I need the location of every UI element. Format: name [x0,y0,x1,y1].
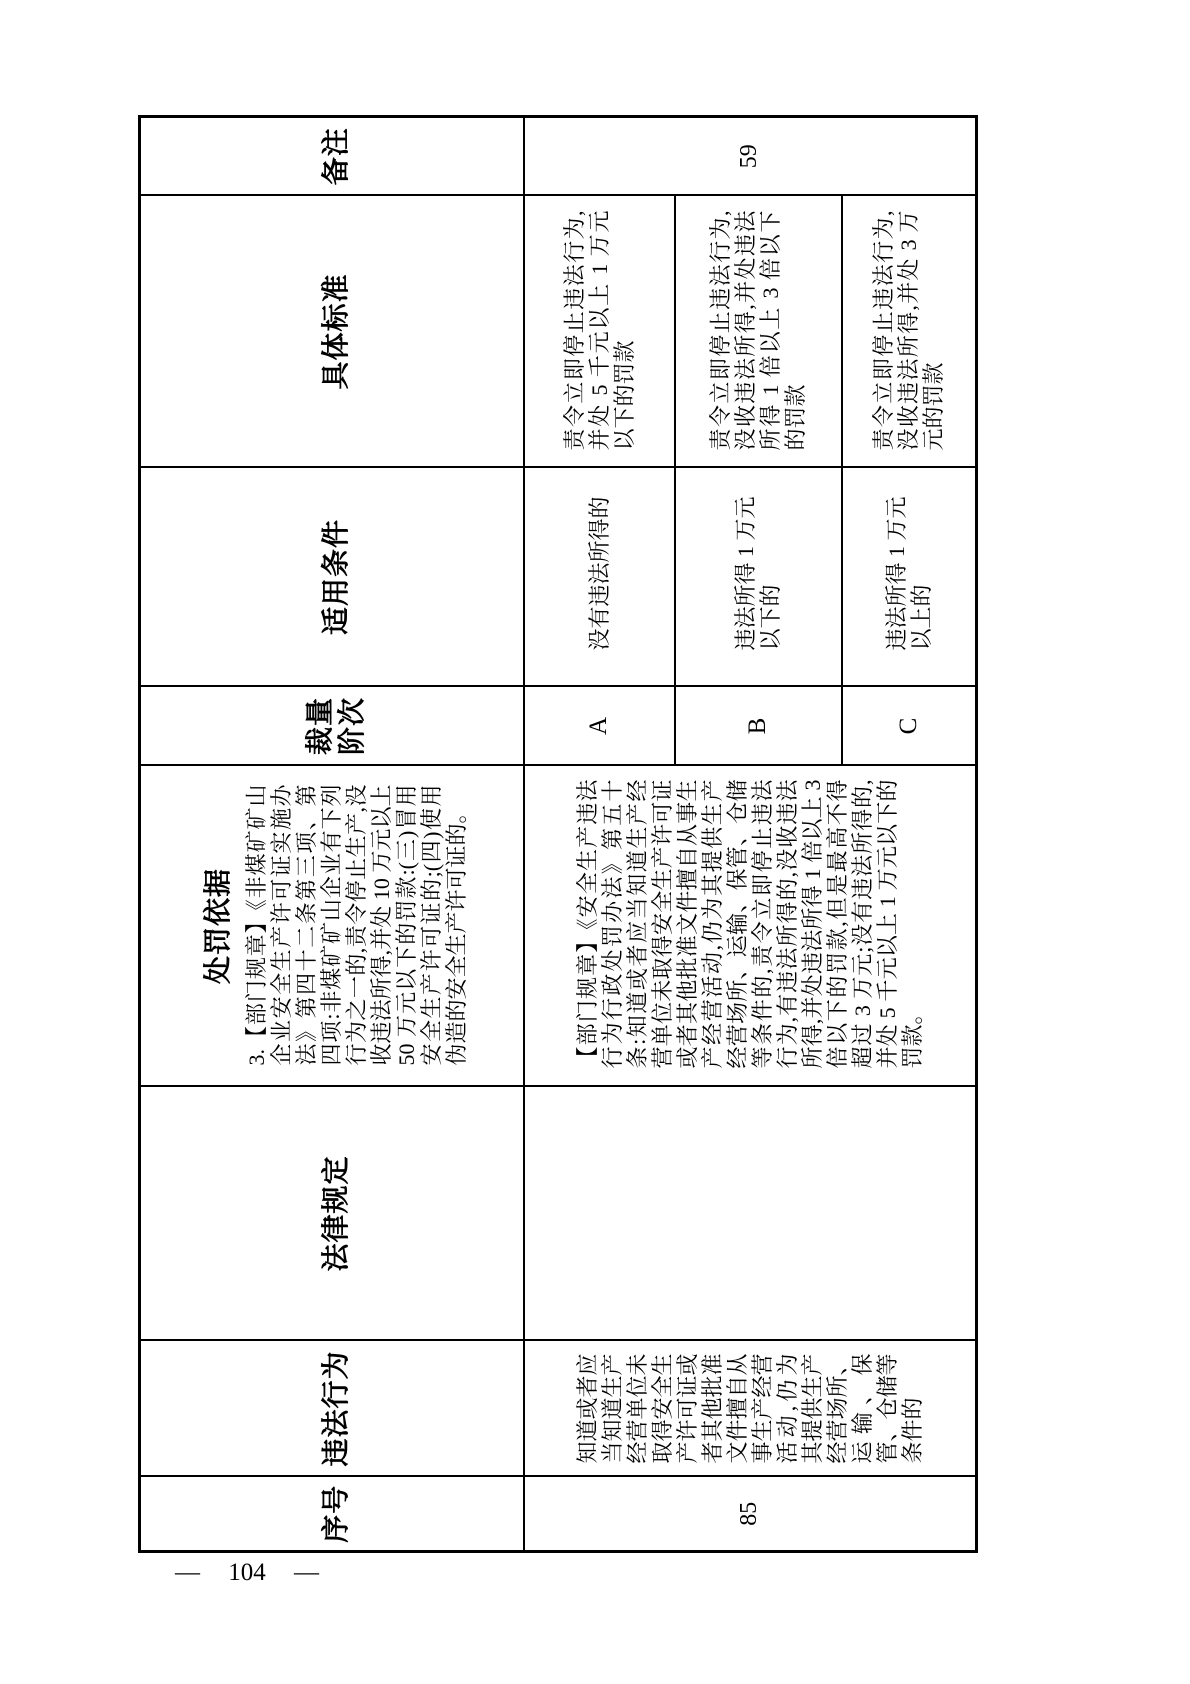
cell-tier-c-condition: 违法所得 1 万元以上的 [842,468,977,687]
document-page: 序号 违法行为 法律规定 处罚依据 3.【部门规章】《非煤矿矿山企业安全生产许可… [0,0,1190,1684]
col-header-legal-cell: 法律规定 [140,1087,524,1341]
tier-a-standard-text: 责令立即停止违法行为,并处 5 千元以上 1 万元以下的罚款 [562,211,637,451]
col-header-violation-cell: 违法行为 [140,1341,524,1477]
col-header-violation: 违法行为 [320,1346,352,1472]
tier-a-condition-text: 没有违法所得的 [587,488,612,651]
col-header-serial-cell: 序号 [140,1477,524,1552]
cell-tier-b-standard: 责令立即停止违法行为,没收违法所得,并处违法所得 1 倍以上 3 倍以下的罚款 [675,196,842,468]
cell-legal-provision [524,1087,977,1341]
page-number: — 104 — [175,1559,475,1587]
cell-serial-number: 85 [524,1477,977,1552]
tier-b-condition-text: 违法所得 1 万元以下的 [733,488,783,651]
col-header-condition-cell: 适用条件 [140,468,524,687]
col-header-serial: 序号 [320,1482,352,1547]
cell-tier-b-level: B [675,687,842,766]
tier-c-condition-text: 违法所得 1 万元以上的 [884,488,934,651]
cell-violation: 知道或者应当知道生产经营单位未取得安全生产许可证或者其他批准文件擅自从事生产经营… [524,1341,977,1477]
col-header-standard: 具体标准 [320,201,352,463]
cell-tier-a-level: A [524,687,675,766]
cell-tier-a-condition: 没有违法所得的 [524,468,675,687]
basis-continuation-text: 3.【部门规章】《非煤矿矿山企业安全生产许可证实施办法》第四十二条第三项、第四项… [244,785,469,1066]
penalty-discretion-table: 序号 违法行为 法律规定 处罚依据 3.【部门规章】《非煤矿矿山企业安全生产许可… [138,115,978,1553]
cell-tier-b-condition: 违法所得 1 万元以下的 [675,468,842,687]
col-header-discretion: 裁量阶次 [304,692,368,761]
violation-text: 知道或者应当知道生产经营单位未取得安全生产许可证或者其他批准文件擅自从事生产经营… [575,1354,925,1464]
table-row-tier-a: 85 知道或者应当知道生产经营单位未取得安全生产许可证或者其他批准文件擅自从事生… [524,117,675,1552]
col-header-remarks: 备注 [320,122,352,191]
penalty-basis-text: 【部门规章】《安全生产违法行为行政处罚办法》第五十条:知道或者应当知道生产经营单… [575,780,925,1069]
cell-tier-a-standard: 责令立即停止违法行为,并处 5 千元以上 1 万元以下的罚款 [524,196,675,468]
cell-penalty-basis: 【部门规章】《安全生产违法行为行政处罚办法》第五十条:知道或者应当知道生产经营单… [524,766,977,1087]
col-header-remarks-cell: 备注 [140,117,524,196]
cell-remarks-number: 59 [524,117,977,196]
tier-b-standard-text: 责令立即停止违法行为,没收违法所得,并处违法所得 1 倍以上 3 倍以下的罚款 [708,211,808,451]
cell-tier-c-standard: 责令立即停止违法行为,没收违法所得,并处 3 万元的罚款 [842,196,977,468]
col-header-condition: 适用条件 [320,473,352,682]
col-header-basis-cell: 处罚依据 3.【部门规章】《非煤矿矿山企业安全生产许可证实施办法》第四十二条第三… [140,766,524,1087]
cell-tier-c-level: C [842,687,977,766]
col-header-legal: 法律规定 [320,1092,352,1336]
rotated-table-container: 序号 违法行为 法律规定 处罚依据 3.【部门规章】《非煤矿矿山企业安全生产许可… [138,118,975,1553]
tier-c-standard-text: 责令立即停止违法行为,没收违法所得,并处 3 万元的罚款 [871,211,946,451]
col-header-basis: 处罚依据 [202,771,234,1082]
table-header-row: 序号 违法行为 法律规定 处罚依据 3.【部门规章】《非煤矿矿山企业安全生产许可… [140,117,524,1552]
col-header-discretion-cell: 裁量阶次 [140,687,524,766]
col-header-standard-cell: 具体标准 [140,196,524,468]
